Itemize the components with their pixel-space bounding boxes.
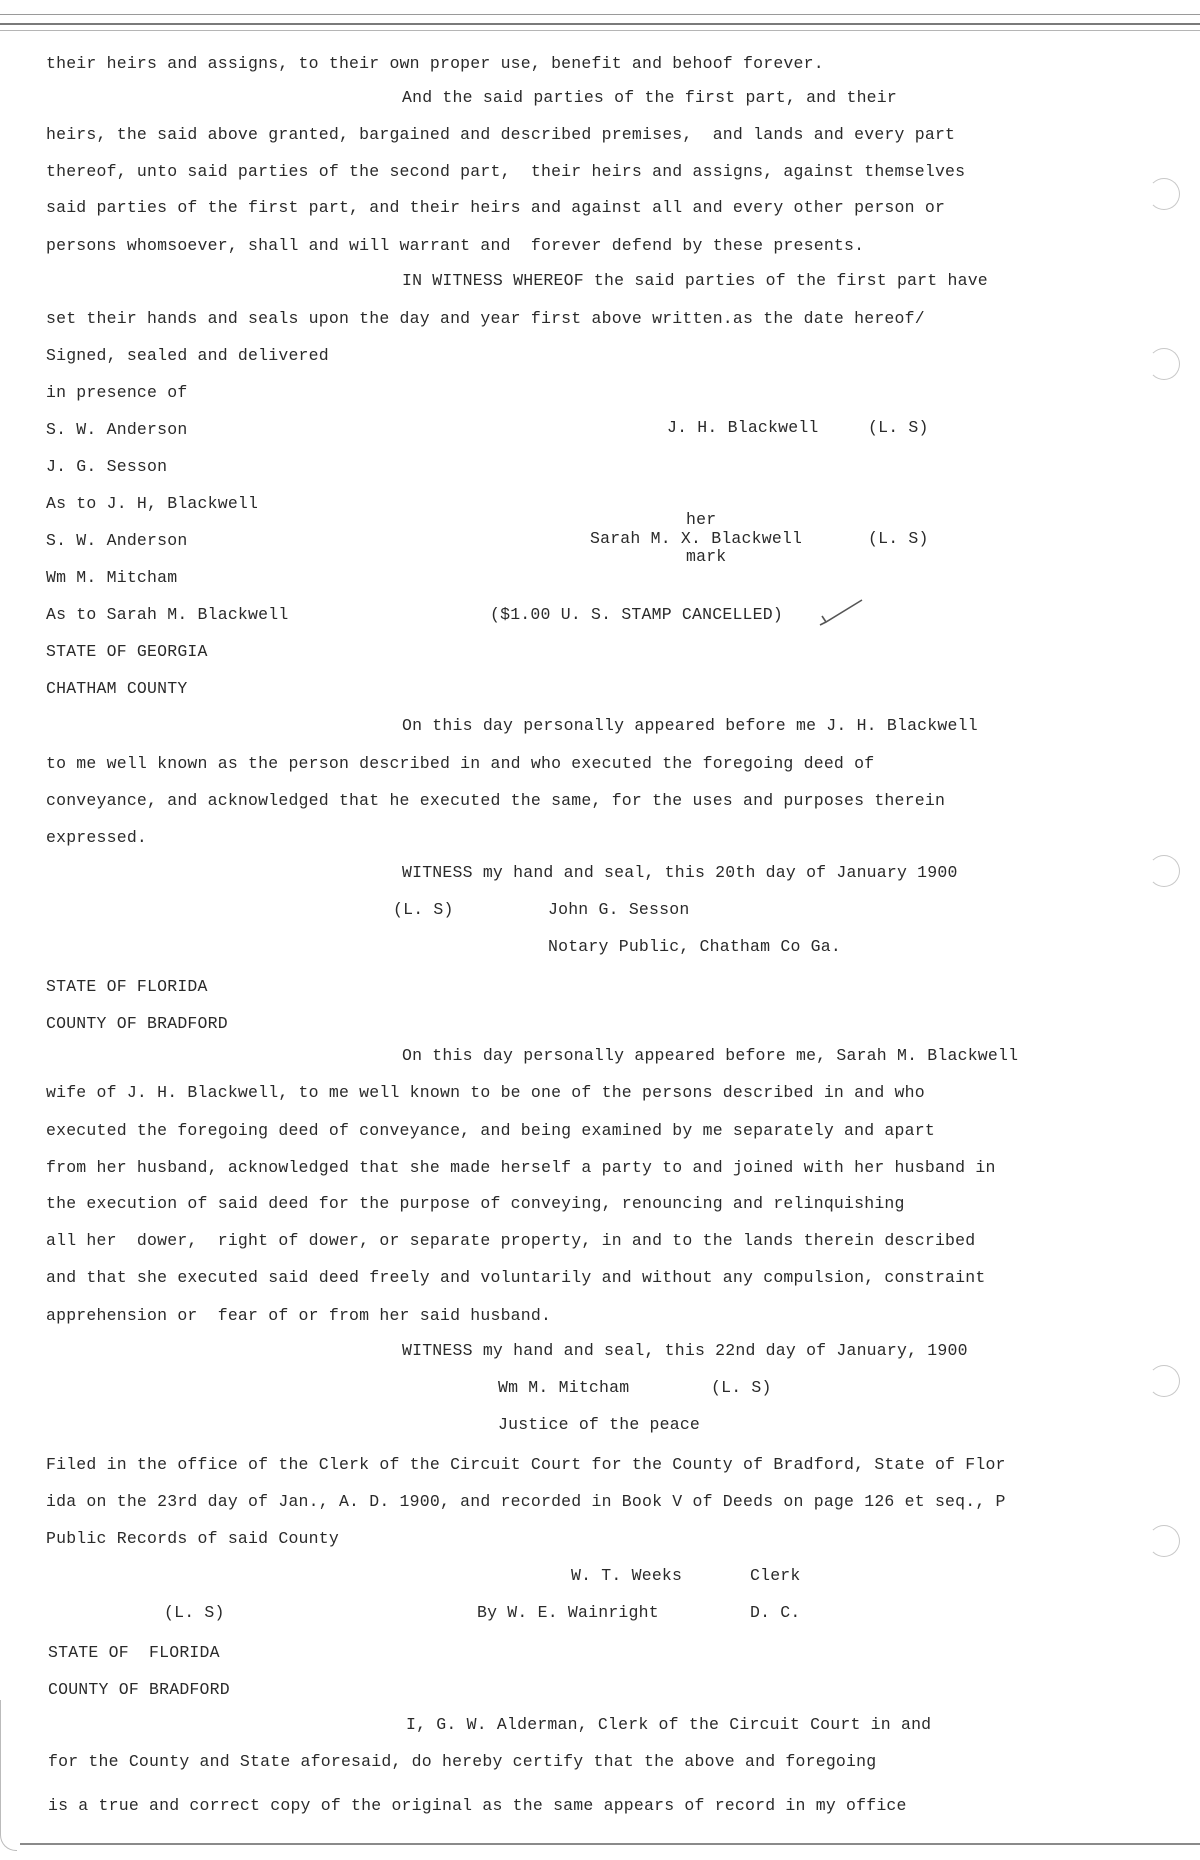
signatures-line: (L. S) <box>868 418 929 438</box>
lines-line: set their hands and seals upon the day a… <box>46 309 925 329</box>
florida-ack-line: On this day personally appeared before m… <box>402 1046 1018 1066</box>
georgia-ack-line: John G. Sesson <box>548 900 689 920</box>
witnesses-line: S. W. Anderson <box>46 420 187 440</box>
signatures-line: J. H. Blackwell <box>667 418 819 438</box>
witnesses-line: As to J. H, Blackwell <box>46 494 258 514</box>
lines-line: thereof, unto said parties of the second… <box>46 162 965 182</box>
georgia-ack-line: WITNESS my hand and seal, this 20th day … <box>402 863 958 883</box>
hole-punch-mark <box>1148 1365 1180 1397</box>
florida-ack-line: COUNTY OF BRADFORD <box>46 1014 228 1034</box>
filing-line: Filed in the office of the Clerk of the … <box>46 1455 1006 1475</box>
georgia-ack-line: Notary Public, Chatham Co Ga. <box>548 937 841 957</box>
filing-line: Clerk <box>750 1566 801 1586</box>
georgia-ack-line: STATE OF GEORGIA <box>46 642 208 662</box>
florida-ack-line: STATE OF FLORIDA <box>46 977 208 997</box>
florida-ack-line: the execution of said deed for the purpo… <box>46 1194 905 1214</box>
lines-line: IN WITNESS WHEREOF the said parties of t… <box>402 271 988 291</box>
signatures-line: mark <box>686 547 726 567</box>
certification-line: COUNTY OF BRADFORD <box>48 1680 230 1700</box>
signatures-line: (L. S) <box>868 529 929 549</box>
certification-line: is a true and correct copy of the origin… <box>48 1796 907 1816</box>
filing-line: By W. E. Wainright <box>477 1603 659 1623</box>
witnesses-line: Wm M. Mitcham <box>46 568 177 588</box>
filing-line: W. T. Weeks <box>571 1566 682 1586</box>
hole-punch-mark <box>1148 178 1180 210</box>
filing-line: D. C. <box>750 1603 801 1623</box>
georgia-ack-line: to me well known as the person described… <box>46 754 874 774</box>
witnesses-line: As to Sarah M. Blackwell <box>46 605 288 625</box>
header-rule <box>0 23 1200 25</box>
georgia-ack-line: CHATHAM COUNTY <box>46 679 187 699</box>
witnesses-line: J. G. Sesson <box>46 457 167 477</box>
georgia-ack-line: (L. S) <box>393 900 454 920</box>
lines-line: persons whomsoever, shall and will warra… <box>46 236 864 256</box>
hole-punch-mark <box>1148 348 1180 380</box>
lines-line: Signed, sealed and delivered <box>46 346 329 366</box>
florida-ack-line: WITNESS my hand and seal, this 22nd day … <box>402 1341 968 1361</box>
georgia-ack-line: On this day personally appeared before m… <box>402 716 978 736</box>
florida-ack-line: Justice of the peace <box>498 1415 700 1435</box>
lines-line: said parties of the first part, and thei… <box>46 198 945 218</box>
deed-page: their heirs and assigns, to their own pr… <box>0 0 1200 1860</box>
witnesses-line: S. W. Anderson <box>46 531 187 551</box>
florida-ack-line: Wm M. Mitcham <box>498 1378 629 1398</box>
florida-ack-line: executed the foregoing deed of conveyanc… <box>46 1121 935 1141</box>
florida-ack-line: (L. S) <box>711 1378 772 1398</box>
florida-ack-line: and that she executed said deed freely a… <box>46 1268 985 1288</box>
hole-punch-mark <box>1148 855 1180 887</box>
florida-ack-line: wife of J. H. Blackwell, to me well know… <box>46 1083 925 1103</box>
georgia-ack-line: conveyance, and acknowledged that he exe… <box>46 791 945 811</box>
footer-rule <box>20 1843 1200 1845</box>
signatures-line: ($1.00 U. S. STAMP CANCELLED) <box>490 605 783 625</box>
lines-line: heirs, the said above granted, bargained… <box>46 125 955 145</box>
certification-line: for the County and State aforesaid, do h… <box>48 1752 876 1772</box>
lines-line: in presence of <box>46 383 187 403</box>
florida-ack-line: from her husband, acknowledged that she … <box>46 1158 996 1178</box>
florida-ack-line: apprehension or fear of or from her said… <box>46 1306 551 1326</box>
header-rule <box>0 14 1200 15</box>
florida-ack-line: all her dower, right of dower, or separa… <box>46 1231 975 1251</box>
certification-line: I, G. W. Alderman, Clerk of the Circuit … <box>406 1715 931 1735</box>
filing-line: (L. S) <box>164 1603 225 1623</box>
signatures-line: Sarah M. X. Blackwell <box>590 529 802 549</box>
checkmark-icon <box>818 598 864 628</box>
filing-line: Public Records of said County <box>46 1529 339 1549</box>
certification-line: STATE OF FLORIDA <box>48 1643 220 1663</box>
signatures-line: her <box>686 510 716 530</box>
header-rule <box>0 30 1200 31</box>
filing-line: ida on the 23rd day of Jan., A. D. 1900,… <box>46 1492 1006 1512</box>
page-edge <box>0 1700 17 1851</box>
lines-line: And the said parties of the first part, … <box>402 88 897 108</box>
georgia-ack-line: expressed. <box>46 828 147 848</box>
lines-line: their heirs and assigns, to their own pr… <box>46 54 824 74</box>
hole-punch-mark <box>1148 1525 1180 1557</box>
